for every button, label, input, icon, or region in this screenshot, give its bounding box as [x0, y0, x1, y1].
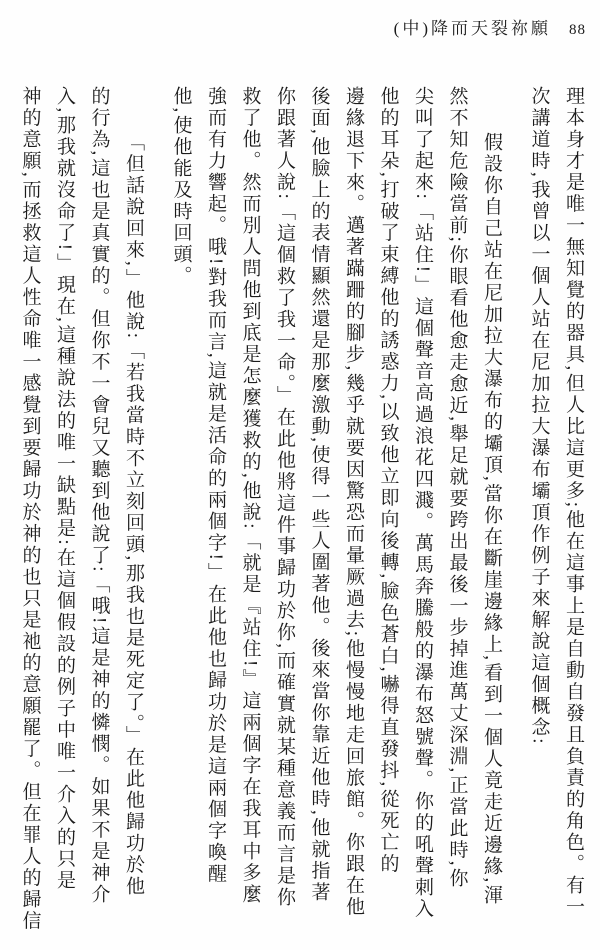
- running-header: (中)降而天裂祢願 88: [394, 14, 586, 39]
- text-column: 「但話說回來,」他說:「若我當時不立刻回頭,那我也是死定了。」在此他歸功於他: [116, 86, 151, 948]
- text-column: 邊緣退下來。邁著蹣跚的腳步,幾乎就要因驚恐而暈厥過去;他慢慢地走回旅館。你跟在他: [336, 86, 371, 948]
- text-column: 他的耳朵,打破了束縛他的誘惑力,以致他立即向後轉,臉色蒼白,嚇得直發抖,從死亡的: [370, 86, 405, 948]
- text-column: 假設你自己站在尼加拉大瀑布的壩頂,當你在斷崖邊緣上,看到一個人竟走近邊緣,渾: [474, 86, 509, 948]
- text-column: 救了他。然而別人問他到底是怎麼獲救的,他說:「就是『站住!』這兩個字在我耳中多麼: [232, 86, 267, 948]
- page-body: 理本身才是唯一無知覺的器具,但人比這更多;他在這事上是自動自發且負責的角色。有一…: [12, 86, 590, 948]
- text-column: 尖叫了起來:「站住!」這個聲音高過浪花四濺。萬馬奔騰般的瀑布怒號聲。你的吼聲刺入: [405, 86, 440, 948]
- text-column: 他,使他能及時回頭。: [163, 86, 198, 948]
- text-column: 次講道時,我曾以一個人站在尼加拉大瀑布壩頂作例子來解說這個概念:: [521, 86, 556, 948]
- text-column: 的行為,這也是真實的。但你不一會兒又聽到他說了:「哦!這是神的憐憫。如果不是神介: [81, 86, 116, 948]
- text-column: 然不知危險當前;你眼看他愈走愈近,舉足就要跨出最後一步掉進萬丈深淵,正當此時,你: [439, 86, 474, 948]
- book-page: (中)降而天裂祢願 88 理本身才是唯一無知覺的器具,但人比這更多;他在這事上是…: [0, 0, 600, 950]
- text-column: 入,那我就沒命了!」現在,這種說法的唯一缺點是:在這個假設的例子中唯一介入的只是: [47, 86, 82, 948]
- page-number: 88: [569, 22, 586, 39]
- text-column: 後面,他臉上的表情顯然還是那麼激動,使得一些人圍著他。後來當你靠近他時,他就指著: [301, 86, 336, 948]
- text-column: 理本身才是唯一無知覺的器具,但人比這更多;他在這事上是自動自發且負責的角色。有一: [556, 86, 591, 948]
- text-column: 強而有力響起。哦!對我而言,這就是活命的兩個字!」在此他也歸功於是這兩個字喚醒: [198, 86, 233, 948]
- text-column: 你跟著人說:「這個救了我一命。」在此他將這件事歸功於你,而確實就某種意義而言是你: [267, 86, 302, 948]
- running-header-title: (中)降而天裂祢願: [394, 14, 551, 39]
- text-column: 神的意願,而拯救這人性命唯一感覺到要歸功於神的也只是祂的意願罷了。但在罪人的歸信: [12, 86, 47, 948]
